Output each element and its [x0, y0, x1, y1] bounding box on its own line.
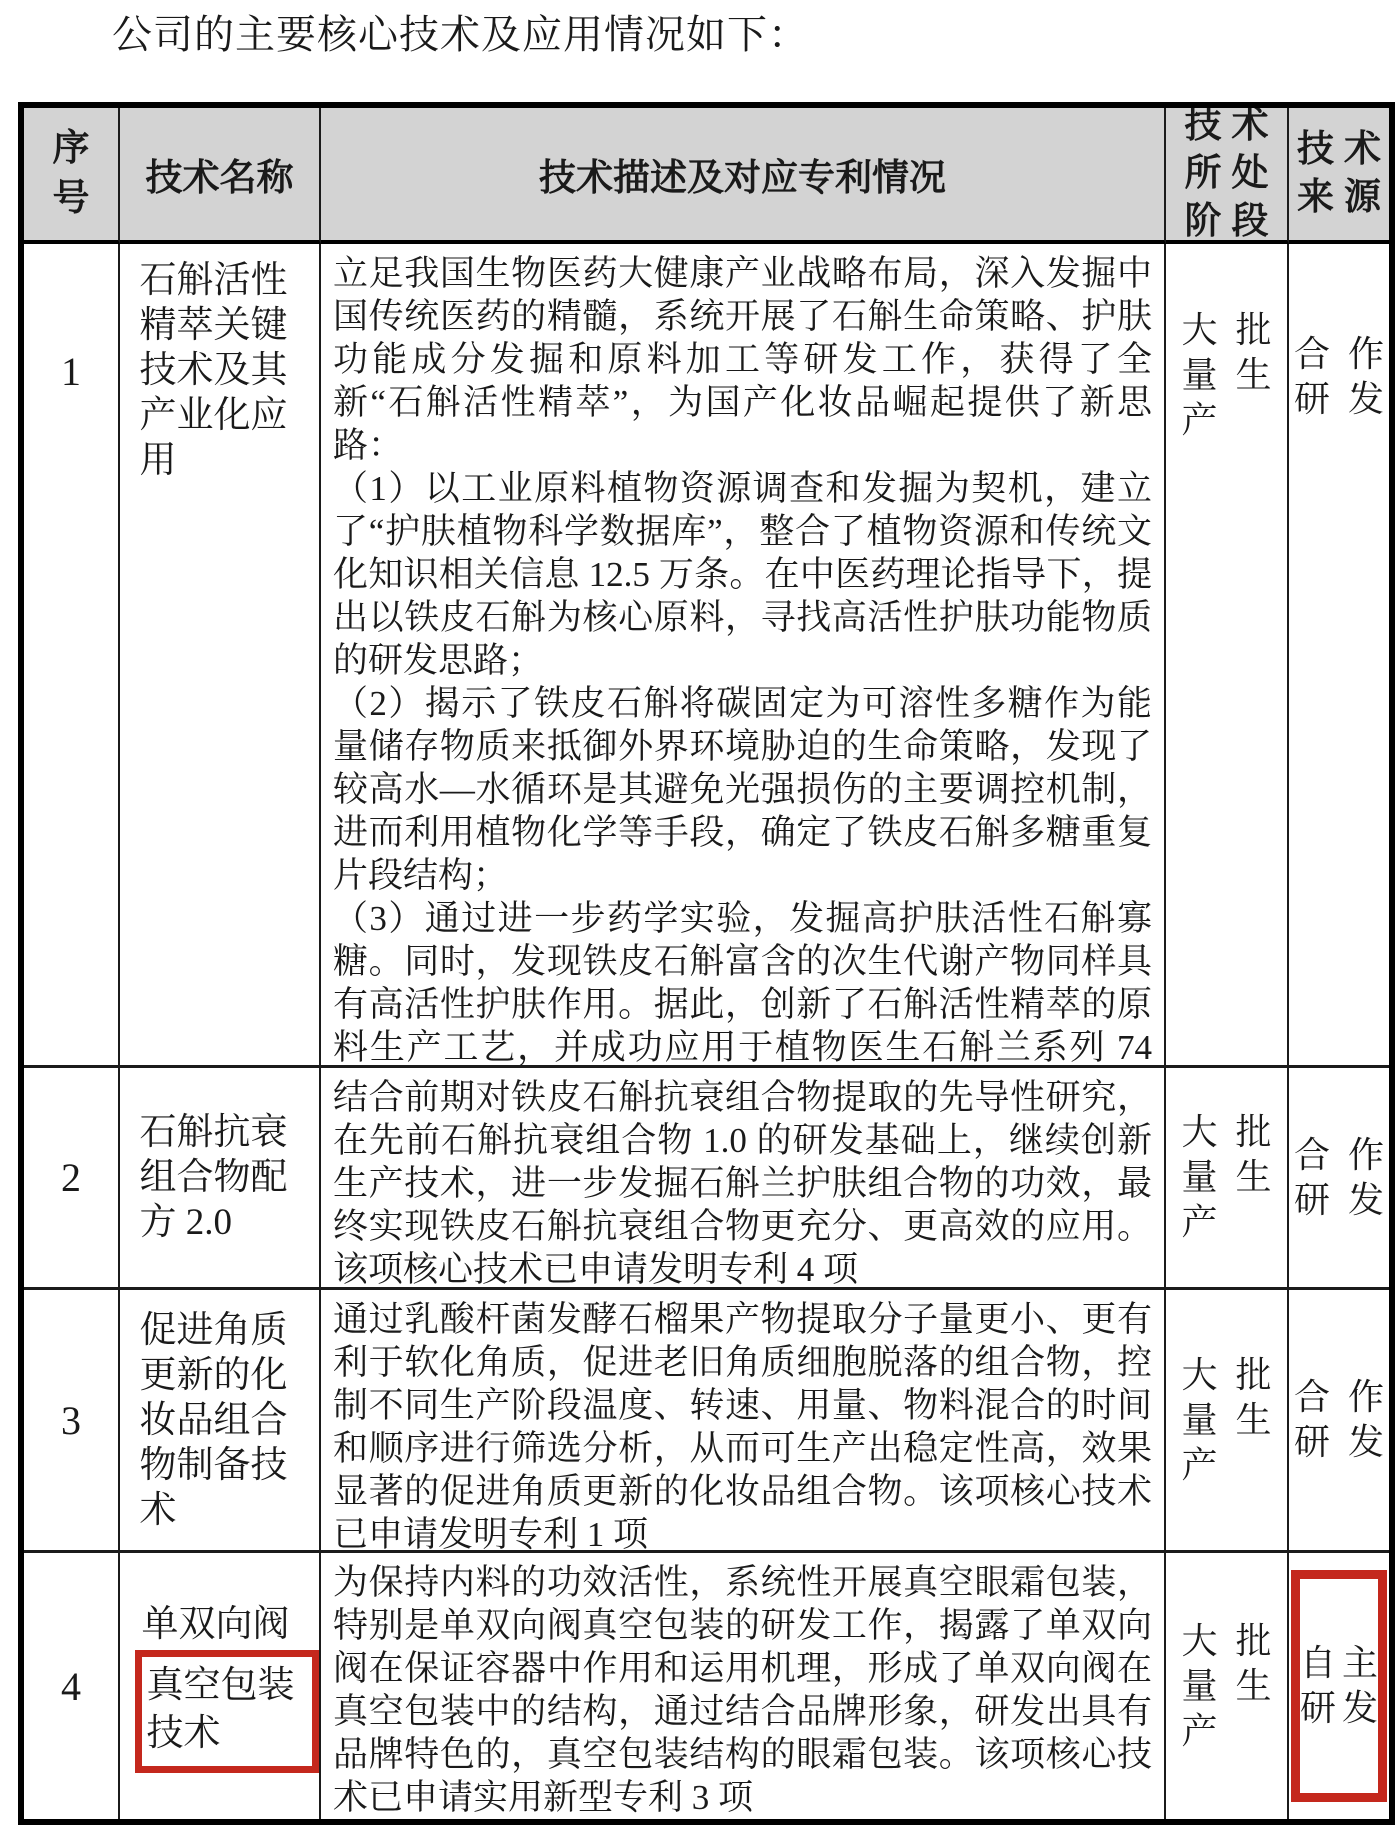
row-2-description-cell: 结合前期对铁皮石斛抗衰组合物提取的先导性研究，在先前石斛抗衰组合物 1.0 的研… [321, 1068, 1166, 1290]
row-3-source-cell: 合作研发 [1289, 1290, 1389, 1553]
row-3-name: 促进角质更新的化妆品组合物制备技术 [140, 1308, 300, 1533]
row-4-name-plain: 单双向阀 [140, 1600, 300, 1650]
row-1-name: 石斛活性精萃关键技术及其产业化应用 [140, 258, 300, 483]
row-1-stage-cell: 大批量生产 [1166, 244, 1289, 1068]
header-description-cell: 技术描述及对应专利情况 [321, 108, 1166, 244]
page-title: 公司的主要核心技术及应用情况如下： [112, 10, 809, 60]
row-2-source-cell: 合作研发 [1289, 1068, 1389, 1290]
row-1-source-cell: 合作研发 [1289, 244, 1389, 1068]
row-4-source: 自主研发 [1300, 1641, 1378, 1731]
header-source-label: 技术来源 [1297, 126, 1381, 222]
row-1-source: 合作研发 [1294, 332, 1384, 422]
row-4-stage: 大批量生产 [1182, 1619, 1272, 1754]
row-2-index: 2 [61, 1154, 81, 1201]
header-name-cell: 技术名称 [120, 108, 321, 244]
row-1-stage: 大批量生产 [1182, 308, 1272, 443]
row-1-description-cell: 立足我国生物医药大健康产业战略布局，深入发掘中国传统医药的精髓，系统开展了石斛生… [321, 244, 1166, 1068]
row-4-source-cell: 自主研发 [1289, 1553, 1389, 1819]
header-stage-label: 技术所处阶段 [1185, 108, 1269, 244]
header-description-label: 技术描述及对应专利情况 [539, 147, 946, 201]
header-index-cell: 序号 [24, 108, 120, 244]
row-2-index-cell: 2 [24, 1068, 120, 1290]
row-3-source: 合作研发 [1294, 1375, 1384, 1465]
row-3-name-cell: 促进角质更新的化妆品组合物制备技术 [120, 1290, 321, 1553]
row-4-name-highlighted: 真空包装技术 [147, 1665, 295, 1754]
header-source-cell: 技术来源 [1289, 108, 1389, 244]
row-3-stage: 大批量生产 [1182, 1353, 1272, 1488]
header-index-label: 序号 [51, 124, 91, 224]
row-1-index-cell: 1 [24, 244, 120, 1068]
row-1-name-cell: 石斛活性精萃关键技术及其产业化应用 [120, 244, 321, 1068]
row-3-index-cell: 3 [24, 1290, 120, 1553]
document-page: 公司的主要核心技术及应用情况如下： 序号 技术名称 技术描述及对应专利情况 技术… [0, 0, 1399, 1831]
row-2-name-cell: 石斛抗衰组合物配方 2.0 [120, 1068, 321, 1290]
header-name-label: 技术名称 [146, 147, 294, 201]
row-3-stage-cell: 大批量生产 [1166, 1290, 1289, 1553]
row-1-index: 1 [61, 348, 81, 395]
row-3-index: 3 [61, 1397, 81, 1444]
row-4-description-cell: 为保持内料的功效活性，系统性开展真空眼霜包装，特别是单双向阀真空包装的研发工作，… [321, 1553, 1166, 1819]
row-3-description-cell: 通过乳酸杆菌发酵石榴果产物提取分子量更小、更有利于软化角质，促进老旧角质细胞脱落… [321, 1290, 1166, 1553]
row-2-name: 石斛抗衰组合物配方 2.0 [140, 1110, 300, 1245]
row-4-index-cell: 4 [24, 1553, 120, 1819]
header-stage-cell: 技术所处阶段 [1166, 108, 1289, 244]
row-4-index: 4 [61, 1663, 81, 1710]
row-4-name-cell: 单双向阀 真空包装技术 [120, 1553, 321, 1819]
core-tech-table: 序号 技术名称 技术描述及对应专利情况 技术所处阶段 技术来源 1 石斛活性精萃… [18, 102, 1395, 1825]
row-2-stage-cell: 大批量生产 [1166, 1068, 1289, 1290]
row-4-source-highlight-box: 自主研发 [1291, 1570, 1387, 1802]
row-2-stage: 大批量生产 [1182, 1110, 1272, 1245]
row-4-stage-cell: 大批量生产 [1166, 1553, 1289, 1819]
row-2-source: 合作研发 [1294, 1133, 1384, 1223]
row-4-name-highlight-box: 真空包装技术 [135, 1650, 319, 1773]
